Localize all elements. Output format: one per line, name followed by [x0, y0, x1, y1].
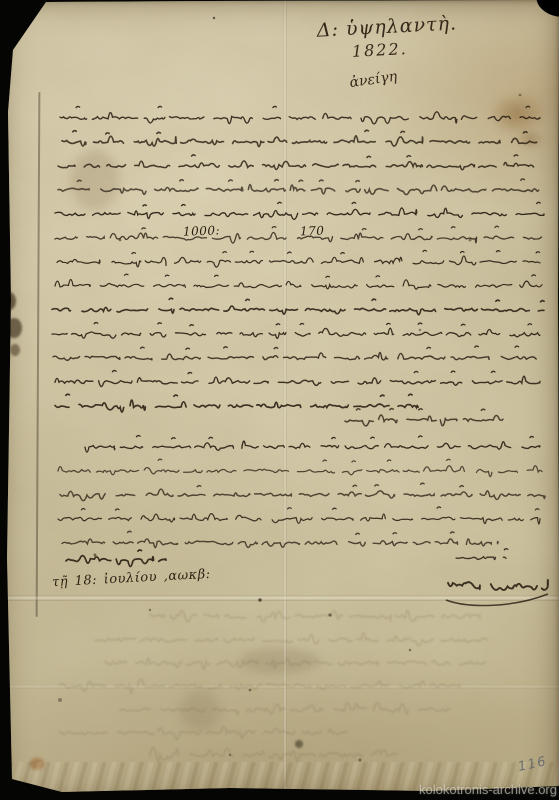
- ink-speckle: [149, 609, 151, 611]
- ink-speckle: [258, 598, 262, 602]
- ink-speckle: [419, 329, 421, 331]
- handwriting-line: [60, 106, 540, 124]
- ink-speckle: [309, 139, 311, 141]
- inline-number: 170: [300, 224, 325, 239]
- bleedthrough-line: [150, 610, 480, 622]
- handwriting-line: [85, 436, 540, 452]
- bleedthrough-line: [120, 703, 450, 715]
- handwriting-layer: [0, 0, 559, 800]
- handwriting-line: [60, 483, 545, 501]
- closing-place-line: [66, 550, 166, 567]
- handwriting-line: [55, 226, 542, 243]
- signature-flourish: [446, 594, 548, 606]
- ink-speckle: [94, 554, 97, 557]
- photo-backdrop: Δ: ὑψηλαντὴ. 1822. ἀνείγη τῇ 18: ἰουλίου…: [0, 0, 559, 800]
- handwriting-line: [53, 346, 536, 360]
- ink-speckle: [469, 239, 472, 242]
- ink-speckle: [229, 754, 231, 756]
- handwriting-line: [58, 155, 534, 170]
- archive-watermark: kolokotronis-archive.org: [419, 782, 557, 797]
- ink-speckle: [58, 698, 62, 702]
- signature: [448, 580, 548, 590]
- archival-note: Δ: ὑψηλαντὴ. 1822. ἀνείγη: [316, 12, 460, 90]
- ink-speckle: [213, 17, 215, 19]
- handwriting-line: [55, 274, 542, 289]
- parenthetical-note-line: [345, 409, 503, 426]
- handwriting-line: [57, 250, 540, 267]
- handwriting-line: [62, 531, 498, 547]
- letter-paper: Δ: ὑψηλαντὴ. 1822. ἀνείγη τῇ 18: ἰουλίου…: [0, 0, 559, 800]
- signature-upper-line: [456, 549, 508, 560]
- ink-speckle: [249, 689, 252, 692]
- ink-speckle: [519, 94, 522, 97]
- bleedthrough-line: [60, 727, 347, 740]
- ink-speckle: [119, 239, 122, 242]
- archival-note-year: 1822.: [351, 36, 458, 61]
- handwriting-line: [52, 298, 544, 314]
- bleedthrough-line: [105, 658, 485, 669]
- ink-speckle: [409, 649, 412, 652]
- handwriting-line: [62, 130, 537, 146]
- inline-number: 1000:: [183, 223, 221, 238]
- bleedthrough-line: [95, 633, 488, 646]
- handwriting-line: [58, 179, 539, 195]
- handwriting-line: [55, 371, 540, 387]
- ink-speckle: [328, 613, 331, 616]
- handwriting-line: [55, 202, 544, 219]
- handwriting-line: [58, 459, 542, 476]
- bleedthrough-line: [60, 679, 460, 693]
- handwriting-line: [55, 394, 418, 412]
- handwriting-line: [58, 507, 540, 524]
- ink-speckle: [359, 759, 362, 762]
- handwriting-line: [52, 323, 540, 339]
